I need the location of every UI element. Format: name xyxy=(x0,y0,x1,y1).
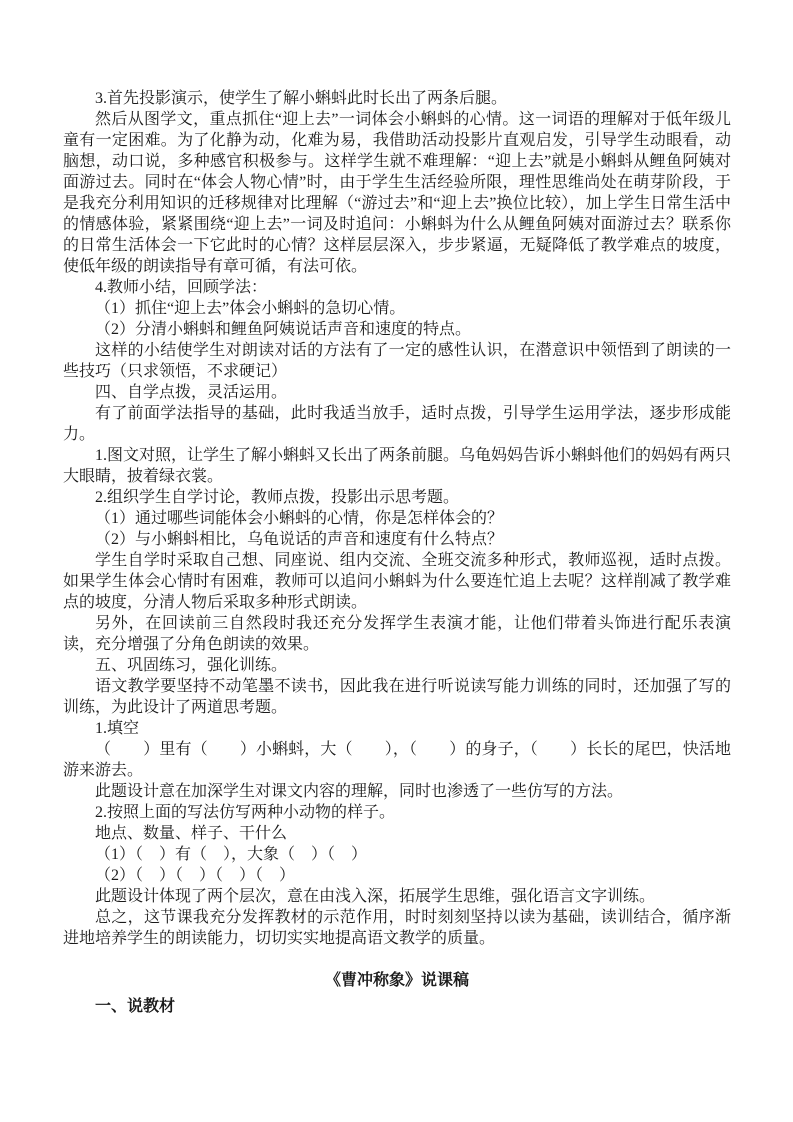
body-paragraph: 2.按照上面的写法仿写两种小动物的样子。 xyxy=(63,802,731,823)
fill-in-blank-paragraph: （1）（ ）有（ ），大象（ ）（ ） xyxy=(63,844,731,865)
body-paragraph: 4.教师小结，回顾学法： xyxy=(63,277,731,298)
body-paragraph: 然后从图学文，重点抓住“迎上去”一词体会小蝌蚪的心情。这一词语的理解对于低年级儿… xyxy=(63,109,731,277)
body-paragraph: 此题设计体现了两个层次，意在由浅入深，拓展学生思维，强化语言文字训练。 xyxy=(63,886,731,907)
body-paragraph: 四、自学点拨，灵活运用。 xyxy=(63,382,731,403)
body-paragraph: 另外，在回读前三自然段时我还充分发挥学生表演才能，让他们带着头饰进行配乐表演读，… xyxy=(63,613,731,655)
body-paragraph: 3.首先投影演示，使学生了解小蝌蚪此时长出了两条后腿。 xyxy=(63,88,731,109)
fill-in-blank-paragraph: （2）（ ）（ ）（ ）（ ） xyxy=(63,865,731,886)
body-paragraph: 1.填空 xyxy=(63,718,731,739)
body-paragraph: （2）与小蝌蚪相比，乌龟说话的声音和速度有什么特点？ xyxy=(63,529,731,550)
section-heading: 一、说教材 xyxy=(63,996,731,1017)
body-paragraph: 这样的小结使学生对朗读对话的方法有了一定的感性认识，在潜意识中领悟到了朗读的一些… xyxy=(63,340,731,382)
body-paragraph: 学生自学时采取自己想、同座说、组内交流、全班交流多种形式，教师巡视，适时点拨。如… xyxy=(63,550,731,613)
body-paragraph: 有了前面学法指导的基础，此时我适当放手，适时点拨，引导学生运用学法，逐步形成能力… xyxy=(63,403,731,445)
body-paragraph: 语文教学要坚持不动笔墨不读书，因此我在进行听说读写能力训练的同时，还加强了写的训… xyxy=(63,676,731,718)
body-paragraph: 五、巩固练习，强化训练。 xyxy=(63,655,731,676)
document-page: 3.首先投影演示，使学生了解小蝌蚪此时长出了两条后腿。 然后从图学文，重点抓住“… xyxy=(0,0,793,1122)
section-title: 《曹冲称象》说课稿 xyxy=(63,970,731,991)
fill-in-blank-paragraph: （ ）里有（ ）小蝌蚪，大（ ），（ ）的身子，（ ）长长的尾巴，快活地游来游去… xyxy=(63,739,731,781)
document-content: 3.首先投影演示，使学生了解小蝌蚪此时长出了两条后腿。 然后从图学文，重点抓住“… xyxy=(63,88,731,1017)
body-paragraph: 2.组织学生自学讨论，教师点拨，投影出示思考题。 xyxy=(63,487,731,508)
body-paragraph: （1）抓住“迎上去”体会小蝌蚪的急切心情。 xyxy=(63,298,731,319)
body-paragraph: （1）通过哪些词能体会小蝌蚪的心情，你是怎样体会的？ xyxy=(63,508,731,529)
body-paragraph: 总之，这节课我充分发挥教材的示范作用，时时刻刻坚持以读为基础，读训结合，循序渐进… xyxy=(63,907,731,949)
body-paragraph: 1.图文对照，让学生了解小蝌蚪又长出了两条前腿。乌龟妈妈告诉小蝌蚪他们的妈妈有两… xyxy=(63,445,731,487)
body-paragraph: （2）分清小蝌蚪和鲤鱼阿姨说话声音和速度的特点。 xyxy=(63,319,731,340)
body-paragraph: 此题设计意在加深学生对课文内容的理解，同时也渗透了一些仿写的方法。 xyxy=(63,781,731,802)
body-paragraph: 地点、数量、样子、干什么 xyxy=(63,823,731,844)
